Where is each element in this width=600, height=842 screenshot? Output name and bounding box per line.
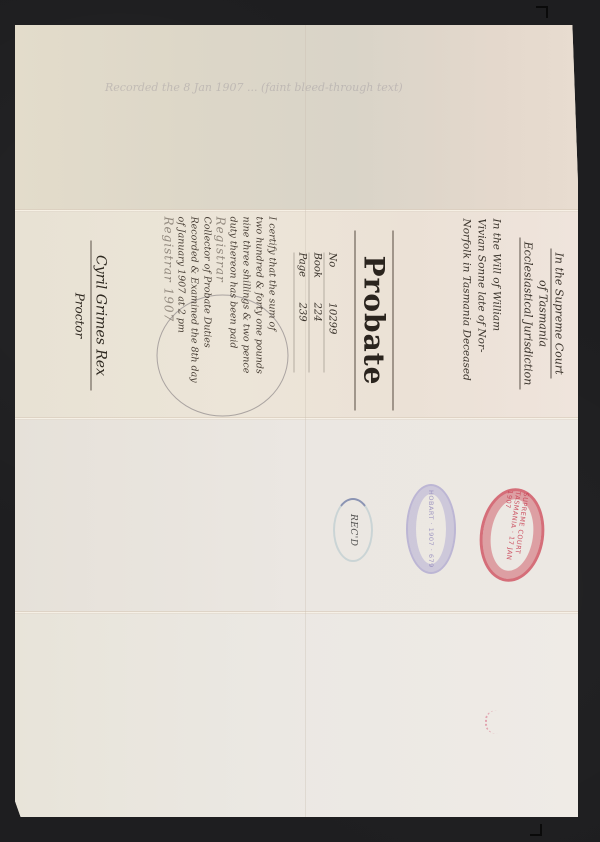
stamp-text: Supreme Court Tasmania · 17 Jan 1907 bbox=[494, 490, 530, 580]
ref-row: Page 239 bbox=[293, 252, 308, 372]
reference-numbers: No 10299 Book 224 Page 239 bbox=[293, 252, 338, 372]
document-title: Probate bbox=[354, 230, 393, 410]
stamp-teal: Rec'd bbox=[333, 498, 373, 562]
document-paper: Recorded the 8 Jan 1907 ... (faint bleed… bbox=[15, 25, 578, 817]
cert-line: Collector of Probate Duties bbox=[200, 216, 213, 412]
cert-line: of January 1907 at 2 pm bbox=[174, 216, 187, 412]
panel-top-fold: Recorded the 8 Jan 1907 ... (faint bleed… bbox=[15, 25, 578, 210]
registrar-note: Registrar 1907 bbox=[161, 216, 174, 412]
cert-line: nine three shillings & two pence bbox=[239, 216, 252, 412]
cert-line: two hundred & forty one pounds bbox=[252, 216, 265, 412]
will-line: In the Will of William bbox=[488, 218, 503, 413]
cert-line: I certify that the sum of bbox=[265, 216, 278, 412]
ref-row: Book 224 bbox=[308, 252, 323, 372]
stamp-text: Hobart · 1907 · 679 bbox=[427, 490, 435, 568]
court-name: In the Supreme Court bbox=[550, 248, 566, 378]
ref-label: Book bbox=[309, 252, 323, 292]
in-the-will-of: In the Will of William Vivian Sonne late… bbox=[458, 218, 503, 413]
court-heading: In the Supreme Court of Tasmania Ecclesi… bbox=[519, 218, 566, 408]
ref-value: 224 bbox=[309, 302, 323, 321]
ref-label: Page bbox=[294, 252, 308, 292]
court-jurisdiction: Ecclesiastical Jurisdiction bbox=[519, 237, 535, 389]
fold-line bbox=[15, 611, 578, 614]
signature-title: Proctor bbox=[72, 240, 86, 390]
court-jurisdiction-state: of Tasmania bbox=[535, 218, 550, 408]
ref-value: 239 bbox=[294, 302, 308, 321]
cert-line: duty thereon has been paid bbox=[226, 216, 239, 412]
ref-label: No bbox=[324, 252, 338, 292]
will-line: Norfolk in Tasmania Deceased bbox=[458, 218, 473, 413]
crop-mark-bottom-right bbox=[530, 824, 542, 836]
crop-mark-top-right bbox=[536, 6, 548, 18]
vertical-crease bbox=[305, 25, 306, 817]
stamp-text: Rec'd bbox=[348, 514, 358, 546]
signature-name: Cyril Grimes Rex bbox=[90, 240, 108, 390]
will-line: Vivian Sonne late of Nor- bbox=[473, 218, 488, 413]
rotated-document-text: In the Supreme Court of Tasmania Ecclesi… bbox=[15, 210, 578, 418]
pencil-note: Registrar bbox=[213, 216, 226, 412]
probate-text-region: In the Supreme Court of Tasmania Ecclesi… bbox=[15, 210, 578, 418]
proctor-signature: Cyril Grimes Rex Proctor bbox=[72, 240, 108, 390]
duty-certificate: I certify that the sum of two hundred & … bbox=[161, 216, 278, 412]
ref-row: No 10299 bbox=[323, 252, 338, 372]
red-ink-smudge bbox=[485, 710, 517, 734]
ref-value: 10299 bbox=[324, 302, 338, 334]
stamp-purple: Hobart · 1907 · 679 bbox=[406, 484, 456, 574]
cert-line: Recorded & Examined the 8th day bbox=[187, 216, 200, 412]
